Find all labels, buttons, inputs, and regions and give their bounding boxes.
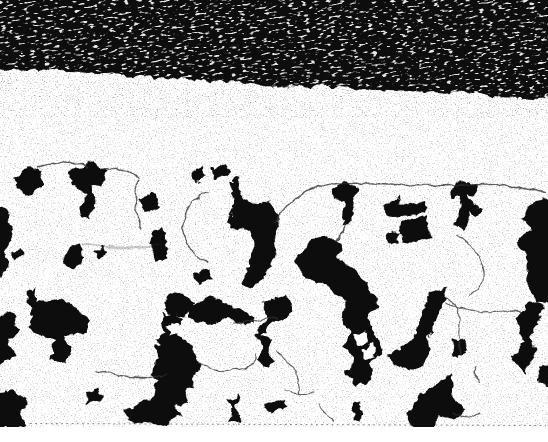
micrograph-figure: Scanned black-and-white micrograph of a …	[0, 0, 548, 442]
micrograph-canvas: Scanned black-and-white micrograph of a …	[0, 0, 548, 442]
bottom-paper-margin	[0, 427, 548, 442]
